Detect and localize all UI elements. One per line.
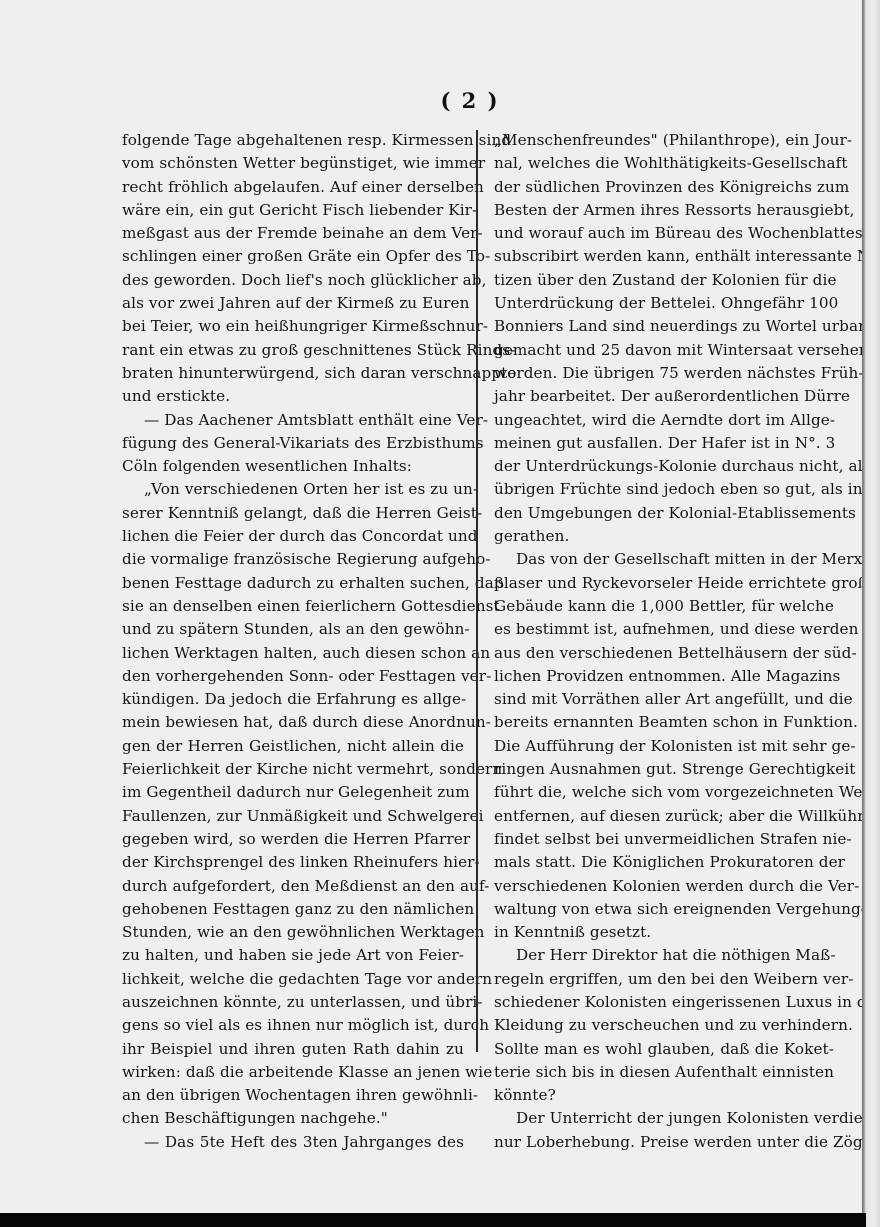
text-line: den vorhergehenden Sonn- oder Festtagen … xyxy=(122,665,464,688)
text-line: ungeachtet, wird die Aerndte dort im All… xyxy=(494,409,834,432)
text-line: und worauf auch im Büreau des Wochenblat… xyxy=(494,222,834,245)
text-line: recht fröhlich abgelaufen. Auf einer der… xyxy=(122,176,464,199)
text-line: könnte? xyxy=(494,1084,834,1107)
text-line: mals statt. Die Königlichen Prokuratoren… xyxy=(494,851,834,874)
right-text-column: „Menschenfreundes" (Philanthrope), ein J… xyxy=(494,129,834,1154)
text-line: und zu spätern Stunden, als an den gewöh… xyxy=(122,618,464,641)
text-line: auszeichnen könnte, zu unterlassen, und … xyxy=(122,991,464,1014)
text-line: der Unterdrückungs-Kolonie durchaus nich… xyxy=(494,455,834,478)
text-line: terie sich bis in diesen Aufenthalt einn… xyxy=(494,1061,834,1084)
text-line: in Kenntniß gesetzt. xyxy=(494,921,834,944)
text-line: gen der Herren Geistlichen, nicht allein… xyxy=(122,735,464,758)
text-line: meßgast aus der Fremde beinahe an dem Ve… xyxy=(122,222,464,245)
text-line: Cöln folgenden wesentlichen Inhalts: xyxy=(122,455,464,478)
text-line: tizen über den Zustand der Kolonien für … xyxy=(494,269,834,292)
column-divider-rule xyxy=(476,130,478,1052)
text-line: an den übrigen Wochentagen ihren gewöhnl… xyxy=(122,1084,464,1107)
text-line: Bonniers Land sind neuerdings zu Wortel … xyxy=(494,315,834,338)
text-line: Der Unterricht der jungen Kolonisten ver… xyxy=(494,1107,834,1130)
text-line: gerathen. xyxy=(494,525,834,548)
text-line: ringen Ausnahmen gut. Strenge Gerechtigk… xyxy=(494,758,834,781)
text-line: Sollte man es wohl glauben, daß die Koke… xyxy=(494,1038,834,1061)
text-line: aus den verschiedenen Bettelhäusern der … xyxy=(494,642,834,665)
text-line: Faullenzen, zur Unmäßigkeit und Schwelge… xyxy=(122,805,464,828)
text-line: entfernen, auf diesen zurück; aber die W… xyxy=(494,805,834,828)
text-line: rant ein etwas zu groß geschnittenes Stü… xyxy=(122,339,464,362)
page-number: ( 2 ) xyxy=(440,88,500,113)
text-line: subscribirt werden kann, enthält interes… xyxy=(494,245,834,268)
text-line: gegeben wird, so werden die Herren Pfarr… xyxy=(122,828,464,851)
text-line: sind mit Vorräthen aller Art angefüllt, … xyxy=(494,688,834,711)
text-line: „Menschenfreundes" (Philanthrope), ein J… xyxy=(494,129,834,152)
text-line: bereits ernannten Beamten schon in Funkt… xyxy=(494,711,834,734)
text-line: ihr Beispiel und ihren guten Rath dahin … xyxy=(122,1038,464,1061)
text-line: chen Beschäftigungen nachgehe." xyxy=(122,1107,464,1130)
text-line: fügung des General-Vikariats des Erzbist… xyxy=(122,432,464,455)
text-line: — Das 5te Heft des 3ten Jahrganges des xyxy=(122,1131,464,1154)
text-line: nal, welches die Wohlthätigkeits-Gesells… xyxy=(494,152,834,175)
text-line: kündigen. Da jedoch die Erfahrung es all… xyxy=(122,688,464,711)
text-line: Der Herr Direktor hat die nöthigen Maß- xyxy=(494,944,834,967)
text-line: Das von der Gesellschaft mitten in der M… xyxy=(494,548,834,571)
text-line: Stunden, wie an den gewöhnlichen Werktag… xyxy=(122,921,464,944)
text-line: übrigen Früchte sind jedoch eben so gut,… xyxy=(494,478,834,501)
text-line: serer Kenntniß gelangt, daß die Herren G… xyxy=(122,502,464,525)
text-line: als vor zwei Jahren auf der Kirmeß zu Eu… xyxy=(122,292,464,315)
text-line: plaser und Ryckevorseler Heide errichtet… xyxy=(494,572,834,595)
left-text-column: folgende Tage abgehaltenen resp. Kirmess… xyxy=(122,129,464,1154)
text-line: zu halten, und haben sie jede Art von Fe… xyxy=(122,944,464,967)
scan-bottom-border xyxy=(0,1213,866,1227)
text-line: folgende Tage abgehaltenen resp. Kirmess… xyxy=(122,129,464,152)
text-line: bei Teier, wo ein heißhungriger Kirmeßsc… xyxy=(122,315,464,338)
text-line: gemacht und 25 davon mit Wintersaat vers… xyxy=(494,339,834,362)
text-line: verschiedenen Kolonien werden durch die … xyxy=(494,875,834,898)
text-line: lichen Providzen entnommen. Alle Magazin… xyxy=(494,665,834,688)
text-line: — Das Aachener Amtsblatt enthält eine Ve… xyxy=(122,409,464,432)
text-line: es bestimmt ist, aufnehmen, und diese we… xyxy=(494,618,834,641)
text-line: mein bewiesen hat, daß durch diese Anord… xyxy=(122,711,464,734)
text-line: schiedener Kolonisten eingerissenen Luxu… xyxy=(494,991,834,1014)
text-line: lichkeit, welche die gedachten Tage vor … xyxy=(122,968,464,991)
text-line: jahr bearbeitet. Der außerordentlichen D… xyxy=(494,385,834,408)
text-line: Kleidung zu verscheuchen und zu verhinde… xyxy=(494,1014,834,1037)
text-line: der südlichen Provinzen des Königreichs … xyxy=(494,176,834,199)
text-line: der Kirchsprengel des linken Rheinufers … xyxy=(122,851,464,874)
text-line: wäre ein, ein gut Gericht Fisch liebende… xyxy=(122,199,464,222)
text-line: führt die, welche sich vom vorgezeichnet… xyxy=(494,781,834,804)
text-line: lichen Werktagen halten, auch diesen sch… xyxy=(122,642,464,665)
text-line: Die Aufführung der Kolonisten ist mit se… xyxy=(494,735,834,758)
text-line: gehobenen Festtagen ganz zu den nämliche… xyxy=(122,898,464,921)
text-line: Besten der Armen ihres Ressorts herausgi… xyxy=(494,199,834,222)
text-line: des geworden. Doch lief's noch glücklich… xyxy=(122,269,464,292)
text-line: meinen gut ausfallen. Der Hafer ist in N… xyxy=(494,432,834,455)
text-line: Feierlichkeit der Kirche nicht vermehrt,… xyxy=(122,758,464,781)
text-line: „Von verschiedenen Orten her ist es zu u… xyxy=(122,478,464,501)
text-line: und erstickte. xyxy=(122,385,464,408)
text-line: die vormalige französische Regierung auf… xyxy=(122,548,464,571)
text-line: nur Loberhebung. Preise werden unter die… xyxy=(494,1131,834,1154)
text-line: regeln ergriffen, um den bei den Weibern… xyxy=(494,968,834,991)
text-line: braten hinunterwürgend, sich daran versc… xyxy=(122,362,464,385)
text-line: im Gegentheil dadurch nur Gelegenheit zu… xyxy=(122,781,464,804)
text-line: lichen die Feier der durch das Concordat… xyxy=(122,525,464,548)
text-line: wirken: daß die arbeitende Klasse an jen… xyxy=(122,1061,464,1084)
text-line: sie an denselben einen feierlichern Gott… xyxy=(122,595,464,618)
text-line: findet selbst bei unvermeidlichen Strafe… xyxy=(494,828,834,851)
text-line: durch aufgefordert, den Meßdienst an den… xyxy=(122,875,464,898)
text-line: benen Festtage dadurch zu erhalten suche… xyxy=(122,572,464,595)
text-line: Gebäude kann die 1,000 Bettler, für welc… xyxy=(494,595,834,618)
text-line: vom schönsten Wetter begünstiget, wie im… xyxy=(122,152,464,175)
text-line: Unterdrückung der Bettelei. Ohngefähr 10… xyxy=(494,292,834,315)
text-line: den Umgebungen der Kolonial-Etablissemen… xyxy=(494,502,834,525)
text-line: waltung von etwa sich ereignenden Vergeh… xyxy=(494,898,834,921)
scanned-page: ( 2 ) folgende Tage abgehaltenen resp. K… xyxy=(0,0,862,1213)
page-gutter-edge xyxy=(862,0,880,1227)
text-line: schlingen einer großen Gräte ein Opfer d… xyxy=(122,245,464,268)
text-line: gens so viel als es ihnen nur möglich is… xyxy=(122,1014,464,1037)
text-line: worden. Die übrigen 75 werden nächstes F… xyxy=(494,362,834,385)
